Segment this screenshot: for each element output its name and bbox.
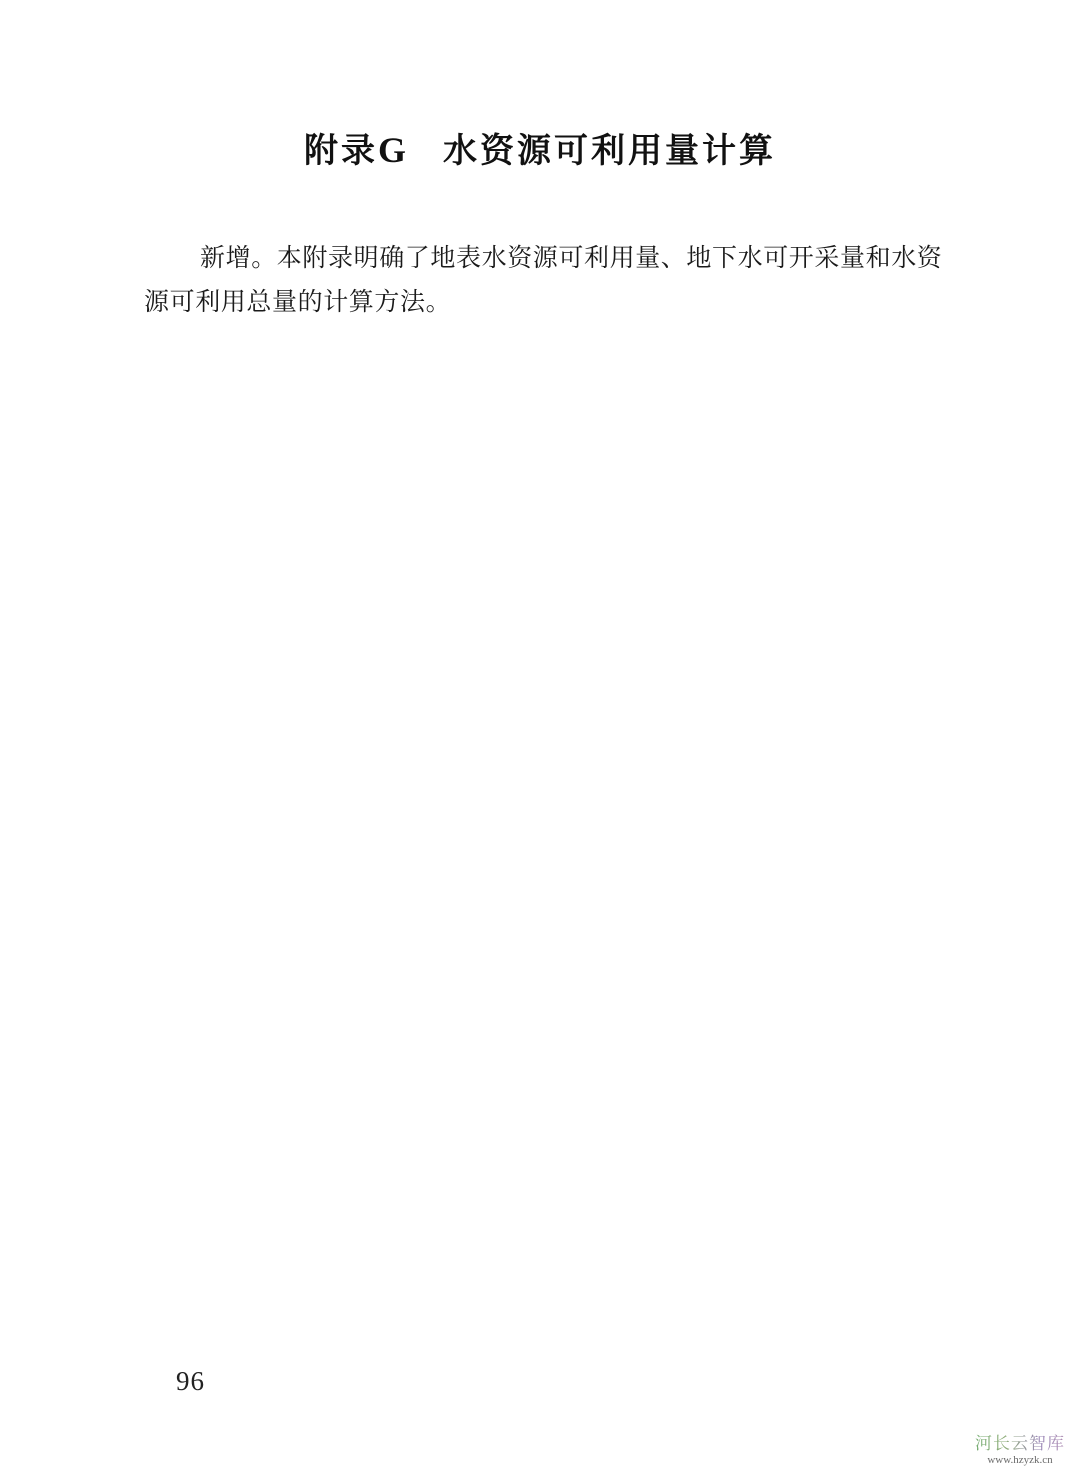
page-title: 附录G水资源可利用量计算 — [0, 126, 1080, 175]
title-prefix: 附录 — [304, 131, 378, 171]
watermark-url: www.hzyzk.cn — [968, 1454, 1072, 1467]
watermark-name: 河长云智库 — [968, 1434, 1072, 1454]
title-main: 水资源可利用量计算 — [443, 131, 776, 171]
body-text: 新增。本附录明确了地表水资源可利用量、地下水可开采量和水资源可利用总量的计算方法… — [144, 236, 944, 324]
watermark: 河长云智库 www.hzyzk.cn — [968, 1434, 1072, 1467]
body-paragraph: 新增。本附录明确了地表水资源可利用量、地下水可开采量和水资源可利用总量的计算方法… — [144, 236, 944, 324]
title-appendix-letter: G — [378, 130, 409, 170]
page-number: 96 — [176, 1366, 205, 1397]
